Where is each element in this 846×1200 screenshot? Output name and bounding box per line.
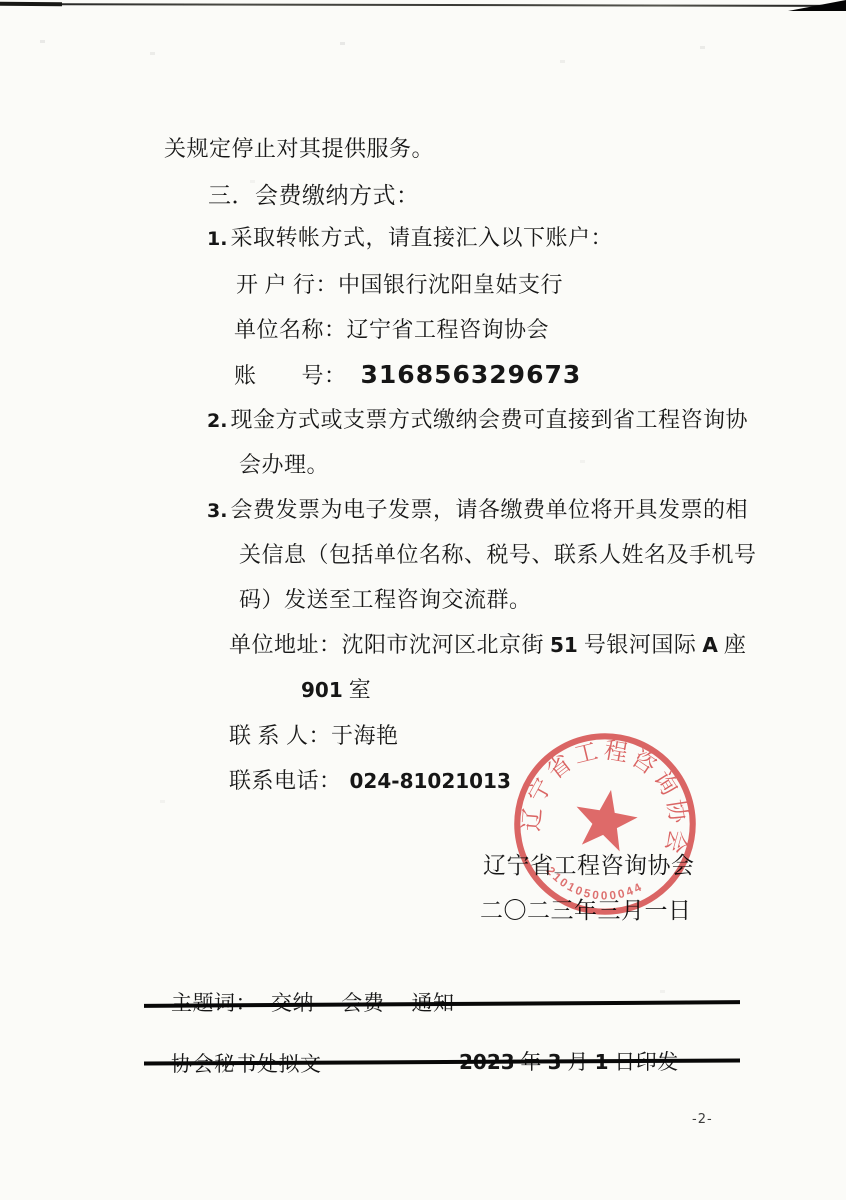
address-block-letter: A — [702, 633, 717, 657]
page-number: -2- — [692, 1112, 713, 1127]
scan-artifact-top-left — [0, 2, 62, 6]
signature-date: 二〇二三年三月一日 — [455, 869, 692, 952]
address-mid: 号银河国际 — [578, 632, 703, 657]
scan-artifact-top-edge — [0, 3, 846, 7]
phone-label: 联系电话： — [229, 768, 342, 793]
address-street-number: 51 — [550, 633, 578, 657]
scanned-notice-page: 关规定停止对其提供服务。 三．会费缴纳方式： 1.采取转帐方式，请直接汇入以下账… — [0, 0, 846, 1200]
contact-phone-line: 联系电话：024-81021013 — [205, 742, 511, 821]
phone-number: 024-81021013 — [350, 769, 511, 793]
scan-noise-speckles — [40, 40, 45, 43]
address-tail: 座 — [718, 632, 747, 657]
signature-date-text: 二〇二三年三月一日 — [480, 898, 692, 923]
